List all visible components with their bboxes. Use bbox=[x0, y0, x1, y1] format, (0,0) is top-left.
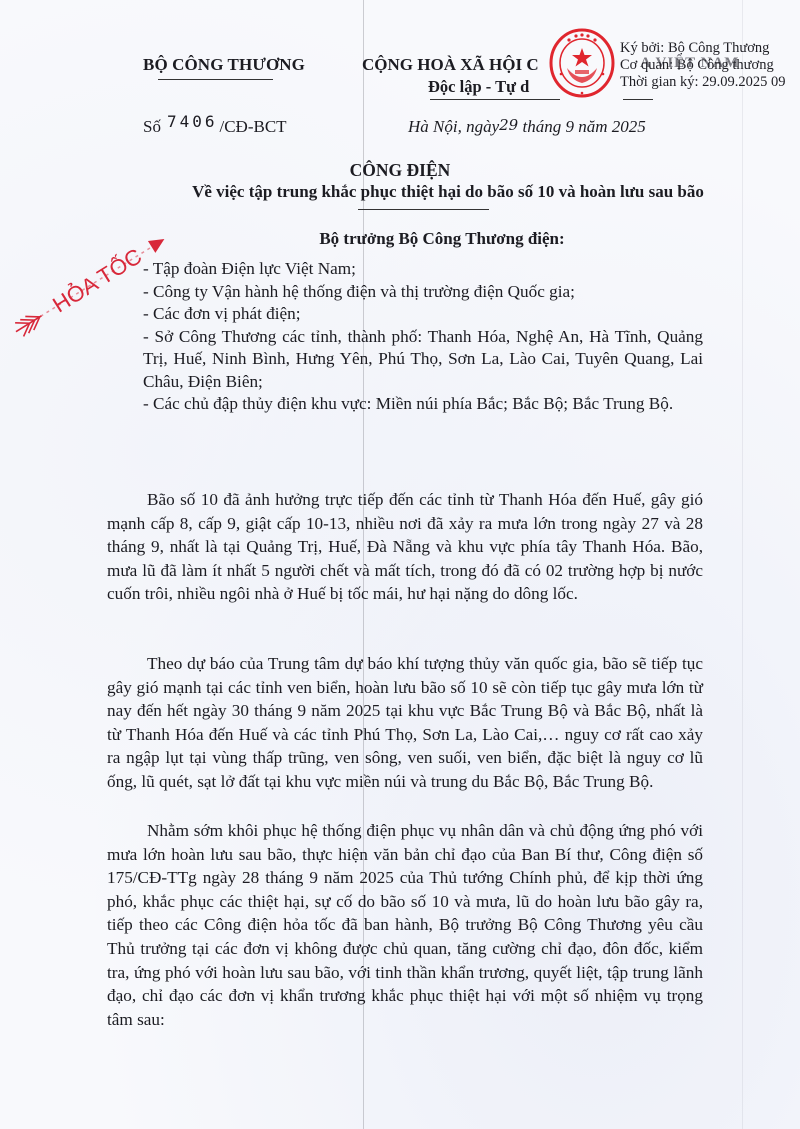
signature-agency: Cơ quan: Bộ Công thương bbox=[620, 57, 774, 74]
document-type: CÔNG ĐIỆN bbox=[0, 160, 800, 181]
document-subject: Về việc tập trung khắc phục thiệt hại do… bbox=[48, 182, 800, 202]
svg-text:HỎA TỐC: HỎA TỐC bbox=[48, 242, 147, 317]
subject-underline bbox=[358, 209, 489, 210]
national-motto: Độc lập - Tự d bbox=[428, 77, 529, 97]
body-paragraph: Nhằm sớm khôi phục hệ thống điện phục vụ… bbox=[107, 819, 703, 1031]
recipient-item: - Các chủ đập thủy điện khu vực: Miền nú… bbox=[143, 393, 703, 416]
doc-number-suffix: /CĐ-BCT bbox=[220, 117, 287, 136]
motto-underline-end bbox=[623, 99, 653, 100]
recipient-item: - Sở Công Thương các tỉnh, thành phố: Th… bbox=[143, 326, 703, 394]
recipient-item: - Các đơn vị phát điện; bbox=[143, 303, 703, 326]
recipient-list: - Tập đoàn Điện lực Việt Nam; - Công ty … bbox=[143, 258, 703, 416]
place-date: Hà Nội, ngày29 tháng 9 năm 2025 bbox=[408, 117, 646, 137]
signature-signed-by: Ký bởi: Bộ Công Thương bbox=[620, 40, 769, 57]
doc-number-value: 7406 bbox=[167, 112, 218, 131]
recipient-item: - Tập đoàn Điện lực Việt Nam; bbox=[143, 258, 703, 281]
body-paragraph: Bão số 10 đã ảnh hưởng trực tiếp đến các… bbox=[107, 488, 703, 606]
national-title: CỘNG HOÀ XÃ HỘI C bbox=[362, 55, 539, 75]
date-prefix: Hà Nội, ngày bbox=[408, 117, 499, 136]
signature-time: Thời gian ký: 29.09.2025 09 bbox=[620, 74, 786, 91]
motto-underline bbox=[430, 99, 560, 100]
date-day: 29 bbox=[499, 116, 518, 134]
national-emblem-seal-icon bbox=[549, 28, 615, 98]
recipient-item: - Công ty Vận hành hệ thống điện và thị … bbox=[143, 281, 703, 304]
date-suffix: tháng 9 năm 2025 bbox=[518, 117, 646, 136]
issuing-agency: BỘ CÔNG THƯƠNG bbox=[143, 55, 305, 75]
document-number: Số7406/CĐ-BCT bbox=[143, 117, 287, 137]
body-paragraph: Theo dự báo của Trung tâm dự báo khí tượ… bbox=[107, 652, 703, 794]
agency-underline bbox=[158, 79, 273, 80]
doc-number-prefix: Số bbox=[143, 117, 161, 136]
